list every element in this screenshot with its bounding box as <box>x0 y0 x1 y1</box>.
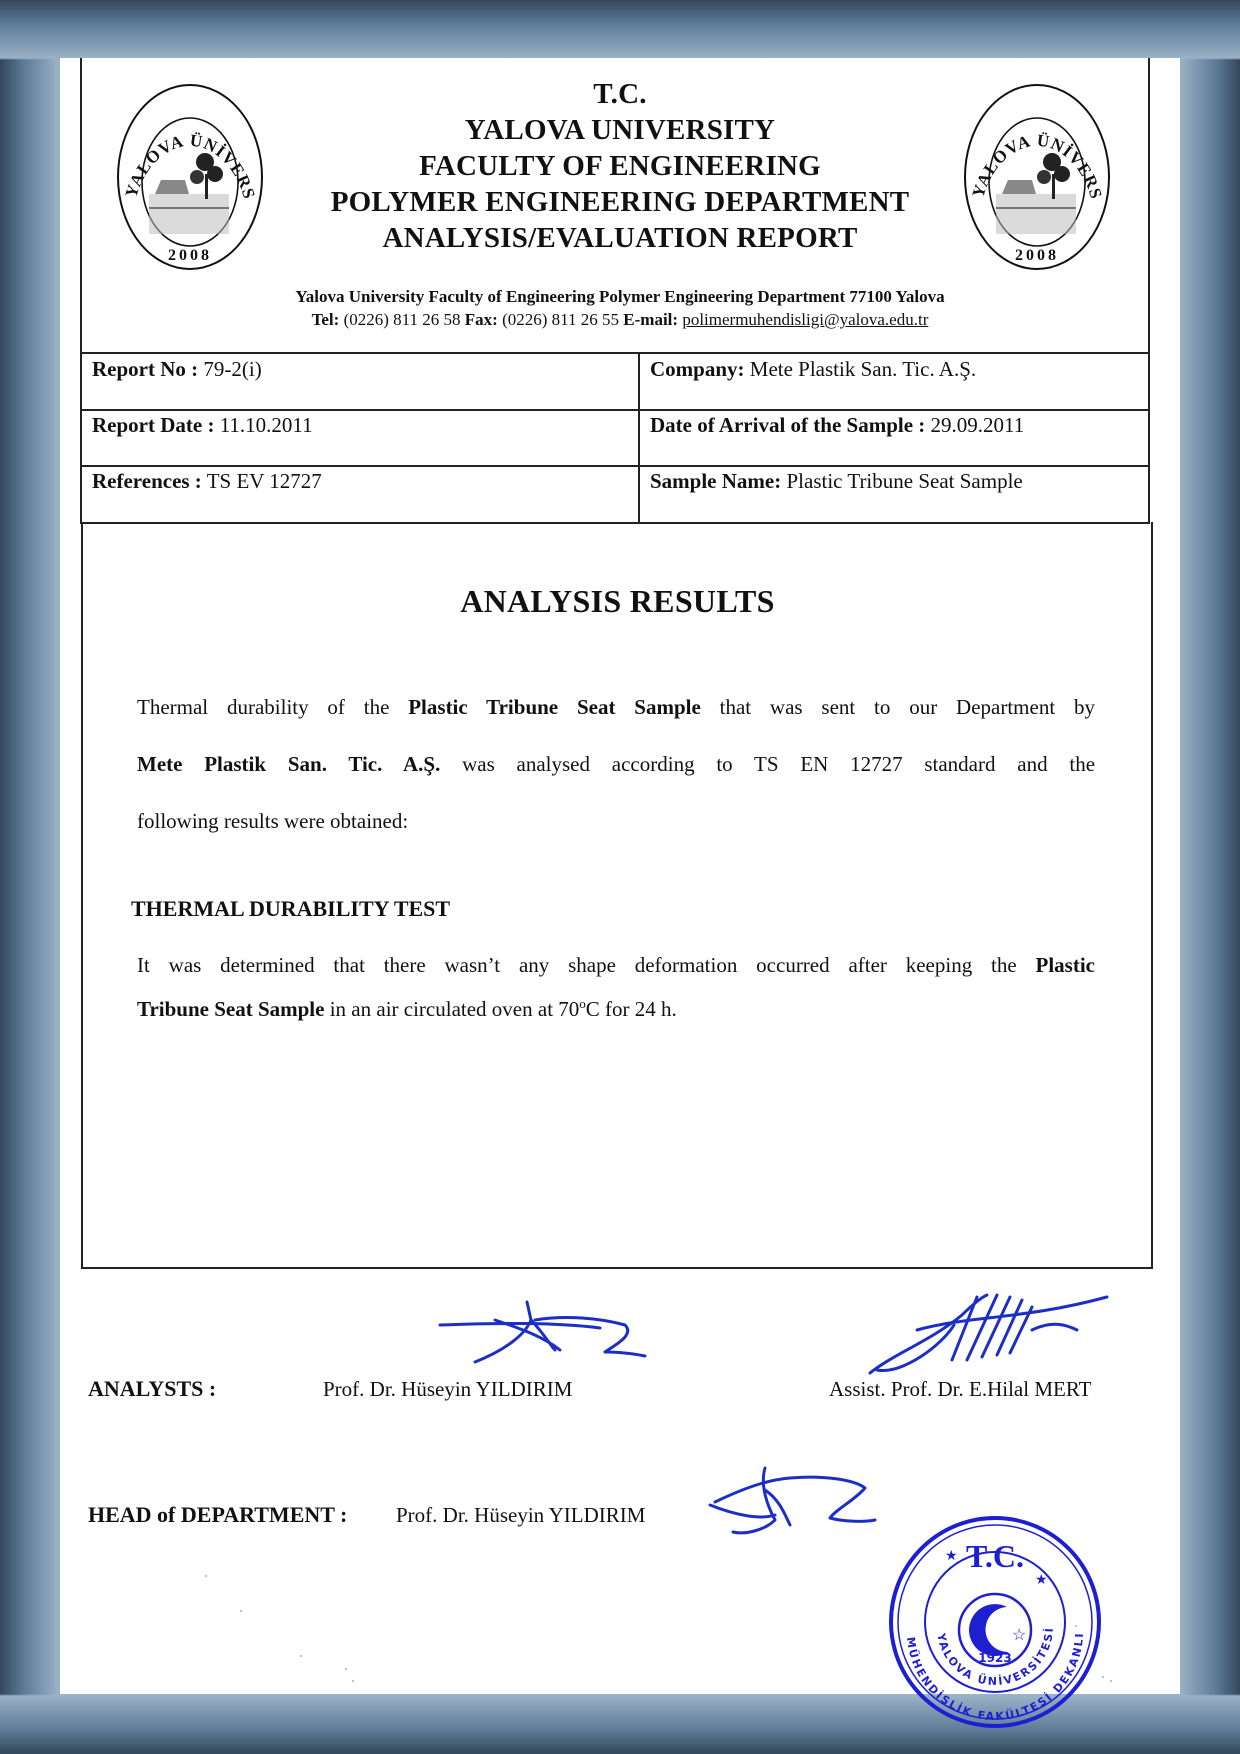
test-line-1: It was determined that there wasn’t any … <box>137 953 1095 978</box>
intro-line-3: following results were obtained: <box>137 809 1095 834</box>
svg-text:★: ★ <box>1035 1573 1048 1588</box>
email-link[interactable]: polimermuhendisligi@yalova.edu.tr <box>682 310 928 329</box>
references-label: References : <box>92 469 202 493</box>
company-label: Company: <box>650 357 745 381</box>
table-rule-top <box>80 352 1150 354</box>
test-text: It was determined that there wasn’t any … <box>137 953 1017 977</box>
intro-text: Thermal durability of the <box>137 695 389 719</box>
test-sample-name: Tribune Seat Sample <box>137 997 324 1021</box>
table-rule-bottom <box>80 522 1150 524</box>
sample-name-value: Plastic Tribune Seat Sample <box>786 469 1022 493</box>
sample-name-field: Sample Name: Plastic Tribune Seat Sample <box>650 468 1023 494</box>
scan-speck <box>352 1680 354 1682</box>
tel-value: (0226) 811 26 58 <box>344 310 461 329</box>
intro-company-name: Mete Plastik San. Tic. A.Ş. <box>137 752 440 776</box>
table-rule-2 <box>80 465 1150 467</box>
analyst-1-name: Prof. Dr. Hüseyin YILDIRIM <box>323 1377 572 1402</box>
analyst-2-name: Assist. Prof. Dr. E.Hilal MERT <box>829 1377 1091 1402</box>
sample-name-label: Sample Name: <box>650 469 781 493</box>
report-date-field: Report Date : 11.10.2011 <box>92 412 313 438</box>
company-value: Mete Plastik San. Tic. A.Ş. <box>750 357 976 381</box>
scan-speck <box>1110 1680 1112 1682</box>
tel-label: Tel: <box>312 310 340 329</box>
crescent-icon <box>969 1604 1009 1656</box>
report-number-field: Report No : 79-2(i) <box>92 356 262 382</box>
test-text: in an air circulated oven at 70 <box>330 997 580 1021</box>
report-number-value: 79-2(i) <box>203 357 261 381</box>
fax-label: Fax: <box>465 310 498 329</box>
intro-text: that was sent to our Department by <box>720 695 1095 719</box>
svg-text:2008: 2008 <box>1015 247 1059 264</box>
scan-speck <box>1102 1676 1104 1678</box>
page-border-right <box>1148 58 1150 523</box>
analyst-2-signature <box>862 1285 1122 1380</box>
title-line-report-type: ANALYSIS/EVALUATION REPORT <box>230 220 1010 256</box>
intro-line-2: Mete Plastik San. Tic. A.Ş. was analysed… <box>137 752 1095 777</box>
head-of-department-signature <box>705 1460 895 1540</box>
document-title-block: T.C. YALOVA UNIVERSITY FACULTY OF ENGINE… <box>230 76 1010 256</box>
title-line-faculty: FACULTY OF ENGINEERING <box>230 148 1010 184</box>
results-box-bottom <box>81 1267 1153 1269</box>
test-line-2: Tribune Seat Sample in an air circulated… <box>137 996 1095 1022</box>
analysts-label: ANALYSTS : <box>88 1376 216 1402</box>
title-line-university: YALOVA UNIVERSITY <box>230 112 1010 148</box>
head-of-department-label: HEAD of DEPARTMENT : <box>88 1502 347 1528</box>
report-date-value: 11.10.2011 <box>220 413 313 437</box>
arrival-date-value: 29.09.2011 <box>931 413 1025 437</box>
scan-speck <box>205 1575 207 1577</box>
title-line-tc: T.C. <box>230 76 1010 112</box>
results-box-left <box>81 522 83 1269</box>
results-title: ANALYSIS RESULTS <box>82 583 1153 620</box>
star-icon: ☆ <box>1012 1627 1026 1644</box>
results-box-right <box>1151 522 1153 1269</box>
table-rule-1 <box>80 409 1150 411</box>
scan-speck <box>1075 1625 1077 1627</box>
arrival-date-label: Date of Arrival of the Sample : <box>650 413 925 437</box>
stamp-year: 1923 <box>978 1651 1011 1665</box>
fax-value: (0226) 811 26 55 <box>502 310 619 329</box>
email-label: E-mail: <box>623 310 678 329</box>
intro-sample-name: Plastic Tribune Seat Sample <box>408 695 701 719</box>
test-sample-name: Plastic <box>1036 953 1095 977</box>
scan-speck <box>300 1655 302 1657</box>
title-line-department: POLYMER ENGINEERING DEPARTMENT <box>230 184 1010 220</box>
official-stamp: T.C. ★ ★ MÜHENDİSLİK FAKÜLTESİ DEKANLIĞI… <box>885 1512 1105 1732</box>
company-field: Company: Mete Plastik San. Tic. A.Ş. <box>650 356 976 382</box>
report-number-label: Report No : <box>92 357 198 381</box>
intro-line-1: Thermal durability of the Plastic Tribun… <box>137 695 1095 720</box>
intro-text: was analysed according to TS EN 12727 st… <box>462 752 1095 776</box>
head-of-department-name: Prof. Dr. Hüseyin YILDIRIM <box>396 1503 645 1528</box>
report-date-label: Report Date : <box>92 413 214 437</box>
table-column-divider <box>638 352 640 523</box>
svg-text:★: ★ <box>945 1549 958 1564</box>
test-text: C for 24 h. <box>586 997 677 1021</box>
department-contact: Tel: (0226) 811 26 58 Fax: (0226) 811 26… <box>100 310 1140 330</box>
stamp-tc: T.C. <box>966 1538 1024 1574</box>
scan-speck <box>240 1610 242 1612</box>
department-address: Yalova University Faculty of Engineering… <box>100 287 1140 307</box>
references-value: TS EV 12727 <box>207 469 322 493</box>
references-field: References : TS EV 12727 <box>92 468 322 494</box>
analyst-1-signature <box>435 1290 655 1370</box>
svg-text:2008: 2008 <box>168 247 212 264</box>
arrival-date-field: Date of Arrival of the Sample : 29.09.20… <box>650 412 1024 438</box>
page-border-left <box>80 58 82 523</box>
test-heading: THERMAL DURABILITY TEST <box>131 896 450 922</box>
scan-speck <box>345 1668 347 1670</box>
